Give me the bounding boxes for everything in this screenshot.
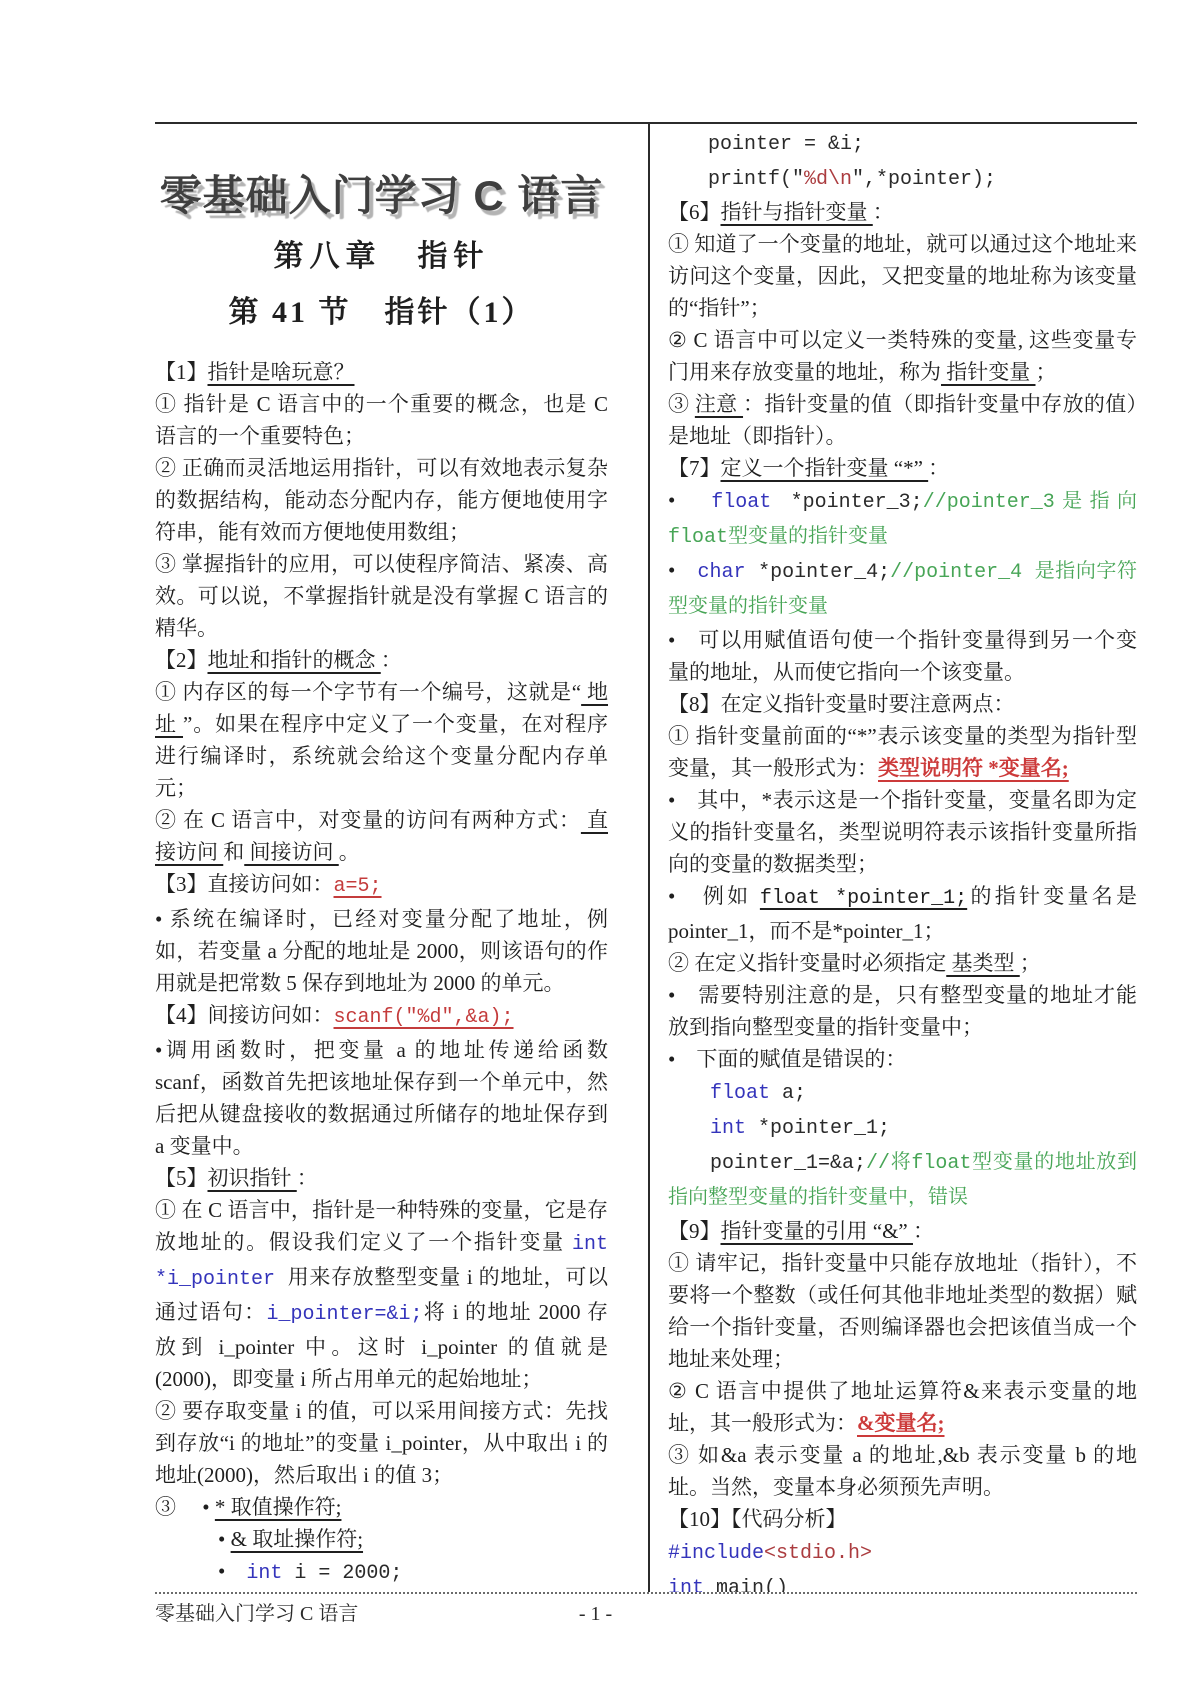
paragraph: pointer_1=&a;//将float型变量的地址放到指向整型变量的指针变量… bbox=[668, 1145, 1137, 1215]
text-run: 和 bbox=[223, 840, 244, 864]
text-run: pointer_1=&a; bbox=[710, 1152, 866, 1175]
text-run: 定义一个指针变量 “*” bbox=[721, 456, 929, 480]
text-run: i = 2000; bbox=[282, 1562, 402, 1585]
text-run: • 系统在编译时，已经对变量分配了地址，例如，若变量 a 分配的地址是 2000… bbox=[155, 907, 608, 995]
paragraph: ① 内存区的每一个字节有一个编号，这就是“ 地址 ”。如果在程序中定义了一个变量… bbox=[155, 676, 608, 804]
paragraph: • 下面的赋值是错误的： bbox=[668, 1043, 1137, 1075]
text-run: int bbox=[668, 1577, 704, 1592]
text-run: 间接访问 bbox=[244, 840, 339, 864]
text-run: ： bbox=[873, 200, 894, 224]
text-run: ",*pointer); bbox=[852, 168, 996, 191]
paragraph: • int i = 2000; bbox=[218, 1555, 608, 1590]
paragraph: ① 在 C 语言中，指针是一种特殊的变量，它是存放地址的。假设我们定义了一个指针… bbox=[155, 1194, 608, 1395]
text-run: 【4】间接访问如： bbox=[155, 1003, 334, 1027]
paragraph: 【8】在定义指针变量时要注意两点： bbox=[668, 688, 1137, 720]
column-divider bbox=[648, 124, 650, 1592]
text-run: • 需要特别注意的是，只有整型变量的地址才能放到指向整型变量的指针变量中； bbox=[668, 983, 1137, 1039]
right-column: pointer = &i;printf("%d\n",*pointer);【6】… bbox=[668, 124, 1137, 1592]
paragraph: #include<stdio.h> bbox=[668, 1535, 1137, 1570]
paragraph: 【9】指针变量的引用 “&” ： bbox=[668, 1215, 1137, 1247]
text-run: ： bbox=[928, 456, 949, 480]
text-run: & 取址操作符; bbox=[231, 1527, 363, 1551]
paragraph: • & 取址操作符; bbox=[218, 1523, 608, 1555]
text-run: •调用函数时，把变量 a 的地址传递给函数 scanf，函数首先把该地址保存到一… bbox=[155, 1038, 613, 1158]
text-run: ② 要存取变量 i 的值，可以采用间接方式：先找到存放“i 的地址”的变量 i_… bbox=[155, 1399, 608, 1487]
text-run: ； bbox=[1020, 951, 1041, 975]
document-logo: 零基础入门学习 C 语言 bbox=[155, 180, 608, 212]
text-run: ③ 如&a 表示变量 a 的地址,&b 表示变量 b 的地址。当然，变量本身必须… bbox=[668, 1443, 1137, 1499]
text-run: ③ 掌握指针的应用，可以使程序简洁、紧凑、高效。可以说，不掌握指针就是没有掌握 … bbox=[155, 552, 608, 640]
document-content: 零基础入门学习 C 语言第八章 指针第 41 节 指针（1）【1】指针是啥玩意？… bbox=[155, 122, 1137, 1592]
section-title: 第 41 节 指针（1） bbox=[155, 294, 608, 332]
paragraph: ① 指针变量前面的“*”表示该变量的类型为指针型变量，其一般形式为：类型说明符 … bbox=[668, 720, 1137, 784]
text-run: *pointer_1; bbox=[746, 1117, 890, 1140]
paragraph: 【4】间接访问如：scanf("%d",&a); bbox=[155, 999, 608, 1034]
text-run: char bbox=[698, 561, 746, 584]
text-run: • bbox=[218, 1527, 231, 1551]
text-run: ② C 语言中可以定义一类特殊的变量, 这些变量专门用来存放变量的地址，称为 bbox=[668, 328, 1137, 384]
paragraph: 【1】指针是啥玩意？ bbox=[155, 356, 608, 388]
text-run: ： bbox=[297, 1166, 318, 1190]
paragraph: printf("%d\n",*pointer); bbox=[708, 161, 1137, 196]
paragraph: ② 要存取变量 i 的值，可以采用间接方式：先找到存放“i 的地址”的变量 i_… bbox=[155, 1395, 608, 1491]
text-run: • 其中，*表示这是一个指针变量，变量名即为定义的指针变量名，类型说明符表示该指… bbox=[668, 788, 1137, 876]
text-run: ① 指针是 C 语言中的一个重要的概念，也是 C 语言的一个重要特色； bbox=[155, 392, 613, 448]
footer-divider-line bbox=[155, 1592, 1137, 1594]
text-run: *pointer_3; bbox=[771, 491, 922, 514]
text-run: 【3】直接访问如： bbox=[155, 872, 334, 896]
paragraph: ② C 语言中提供了地址运算符&来表示变量的地址，其一般形式为：&变量名; bbox=[668, 1375, 1137, 1439]
text-run: • bbox=[668, 488, 711, 512]
text-run: ： bbox=[913, 1219, 934, 1243]
text-run: %d\n bbox=[804, 168, 852, 191]
text-run: 指针变量 bbox=[941, 360, 1036, 384]
text-run: 指针与指针变量 bbox=[721, 200, 873, 224]
paragraph: int main() bbox=[668, 1570, 1137, 1592]
text-run: ② 在 C 语言中，对变量的访问有两种方式： bbox=[155, 808, 581, 832]
paragraph: ① 请牢记，指针变量中只能存放地址（指针），不要将一个整数（或任何其他非地址类型… bbox=[668, 1247, 1137, 1375]
text-run: *pointer_4; bbox=[746, 561, 891, 584]
text-run: 第 41 节 指针（1） bbox=[229, 296, 535, 329]
text-run: ① 内存区的每一个字节有一个编号，这就是“ bbox=[155, 680, 581, 704]
text-run: printf(" bbox=[708, 168, 804, 191]
text-run: a=5; bbox=[334, 875, 382, 898]
text-run: 【1】 bbox=[155, 360, 208, 384]
text-run: i_pointer=&i; bbox=[266, 1303, 422, 1326]
paragraph: ③ 掌握指针的应用，可以使程序简洁、紧凑、高效。可以说，不掌握指针就是没有掌握 … bbox=[155, 548, 608, 644]
paragraph: ② 在定义指针变量时必须指定 基类型 ； bbox=[668, 947, 1137, 979]
text-run: • 下面的赋值是错误的： bbox=[668, 1047, 906, 1071]
text-run: 注意 bbox=[695, 392, 743, 416]
text-run: 零基础入门学习 C 语言 bbox=[160, 172, 604, 219]
paragraph: • char *pointer_4;//pointer_4 是指向字符型变量的指… bbox=[668, 554, 1137, 624]
text-run: &变量名; bbox=[857, 1411, 945, 1435]
text-run: 第八章 指针 bbox=[274, 240, 490, 273]
text-run: ③ bbox=[668, 392, 695, 416]
text-run: int bbox=[246, 1562, 282, 1585]
text-run: ① 请牢记，指针变量中只能存放地址（指针），不要将一个整数（或任何其他非地址类型… bbox=[668, 1251, 1137, 1371]
text-run: 【7】 bbox=[668, 456, 721, 480]
text-run: main() bbox=[704, 1577, 788, 1592]
text-run: 。 bbox=[339, 840, 360, 864]
paragraph: 【10】【代码分析】 bbox=[668, 1503, 1137, 1535]
paragraph: • 可以用赋值语句使一个指针变量得到另一个变量的地址，从而使它指向一个该变量。 bbox=[668, 624, 1137, 688]
text-run: a; bbox=[770, 1082, 806, 1105]
paragraph: ① 知道了一个变量的地址，就可以通过这个地址来访问这个变量，因此，又把变量的地址… bbox=[668, 228, 1137, 324]
paragraph: ③ 注意 ：指针变量的值（即指针变量中存放的值）是地址（即指针）。 bbox=[668, 388, 1137, 452]
paragraph: • 需要特别注意的是，只有整型变量的地址才能放到指向整型变量的指针变量中； bbox=[668, 979, 1137, 1043]
text-run: ”。如果在程序中定义了一个变量，在对程序进行编译时，系统就会给这个变量分配内存单… bbox=[155, 712, 608, 800]
text-run: 【5】 bbox=[155, 1166, 208, 1190]
text-run: scanf("%d",&a); bbox=[334, 1006, 514, 1029]
text-run: 初识指针 bbox=[208, 1166, 297, 1190]
text-run: pointer = &i; bbox=[708, 133, 864, 156]
paragraph: • float *pointer_3;//pointer_3是指向float型变… bbox=[668, 484, 1137, 554]
text-run: 基类型 bbox=[946, 951, 1020, 975]
text-run: #include bbox=[668, 1542, 764, 1565]
text-run: • 例如 bbox=[668, 884, 760, 908]
text-run: • bbox=[218, 1559, 246, 1583]
text-run: ② 正确而灵活地运用指针，可以有效地表示复杂的数据结构，能动态分配内存，能方便地… bbox=[155, 456, 608, 544]
text-run: 地址和指针的概念 bbox=[208, 648, 381, 672]
paragraph: 【3】直接访问如：a=5; bbox=[155, 868, 608, 903]
paragraph: int *pointer_1; bbox=[710, 1110, 1137, 1145]
text-run: float bbox=[710, 1082, 770, 1105]
paragraph: 【2】地址和指针的概念 ： bbox=[155, 644, 608, 676]
text-run: ① 在 C 语言中，指针是一种特殊的变量，它是存放地址的。假设我们定义了一个指针… bbox=[155, 1198, 608, 1254]
text-run: float bbox=[711, 491, 771, 514]
paragraph: pointer = &i; bbox=[708, 126, 1137, 161]
paragraph: ② C 语言中可以定义一类特殊的变量, 这些变量专门用来存放变量的地址，称为 指… bbox=[668, 324, 1137, 388]
text-run: • bbox=[668, 558, 698, 582]
text-run: * 取值操作符; bbox=[215, 1495, 342, 1519]
text-run: int bbox=[710, 1117, 746, 1140]
document-page: 零基础入门学习 C 语言第八章 指针第 41 节 指针（1）【1】指针是啥玩意？… bbox=[0, 0, 1191, 1685]
text-run: 【2】 bbox=[155, 648, 208, 672]
text-run: ① 知道了一个变量的地址，就可以通过这个地址来访问这个变量，因此，又把变量的地址… bbox=[668, 232, 1137, 320]
paragraph: 【7】定义一个指针变量 “*” ： bbox=[668, 452, 1137, 484]
text-run: ② 在定义指针变量时必须指定 bbox=[668, 951, 946, 975]
paragraph: ② 在 C 语言中，对变量的访问有两种方式： 直接访问 和 间接访问 。 bbox=[155, 804, 608, 868]
paragraph: • 其中，*表示这是一个指针变量，变量名即为定义的指针变量名，类型说明符表示该指… bbox=[668, 784, 1137, 880]
text-run: • 可以用赋值语句使一个指针变量得到另一个变量的地址，从而使它指向一个该变量。 bbox=[668, 628, 1137, 684]
paragraph: ③ 如&a 表示变量 a 的地址,&b 表示变量 b 的地址。当然，变量本身必须… bbox=[668, 1439, 1137, 1503]
page-number: - 1 - bbox=[0, 1599, 1191, 1629]
paragraph: ① 指针是 C 语言中的一个重要的概念，也是 C 语言的一个重要特色； bbox=[155, 388, 608, 452]
text-run: ； bbox=[1036, 360, 1057, 384]
text-run: 指针变量的引用 “&” bbox=[721, 1219, 913, 1243]
paragraph: 【6】指针与指针变量 ： bbox=[668, 196, 1137, 228]
left-column: 零基础入门学习 C 语言第八章 指针第 41 节 指针（1）【1】指针是啥玩意？… bbox=[155, 124, 608, 1592]
text-run: 指针是啥玩意？ bbox=[208, 360, 355, 384]
text-run: 【6】 bbox=[668, 200, 721, 224]
text-run: ： bbox=[381, 648, 402, 672]
text-run: 【9】 bbox=[668, 1219, 721, 1243]
text-run: 【10】【代码分析】 bbox=[668, 1507, 847, 1531]
chapter-title: 第八章 指针 bbox=[155, 238, 608, 276]
paragraph: • 系统在编译时，已经对变量分配了地址，例如，若变量 a 分配的地址是 2000… bbox=[155, 903, 608, 999]
paragraph: • 例如 float *pointer_1;的指针变量名是 pointer_1，… bbox=[668, 880, 1137, 947]
paragraph: float a; bbox=[710, 1075, 1137, 1110]
text-run: ③ • bbox=[155, 1495, 215, 1519]
text-run: 【8】在定义指针变量时要注意两点： bbox=[668, 692, 1015, 716]
paragraph: 【5】初识指针 ： bbox=[155, 1162, 608, 1194]
text-run: 类型说明符 *变量名; bbox=[878, 756, 1069, 780]
paragraph: ③ • * 取值操作符; bbox=[155, 1491, 608, 1523]
text-run: <stdio.h> bbox=[764, 1542, 872, 1565]
paragraph: ② 正确而灵活地运用指针，可以有效地表示复杂的数据结构，能动态分配内存，能方便地… bbox=[155, 452, 608, 548]
paragraph: •调用函数时，把变量 a 的地址传递给函数 scanf，函数首先把该地址保存到一… bbox=[155, 1034, 608, 1162]
text-run: float *pointer_1; bbox=[760, 887, 967, 910]
